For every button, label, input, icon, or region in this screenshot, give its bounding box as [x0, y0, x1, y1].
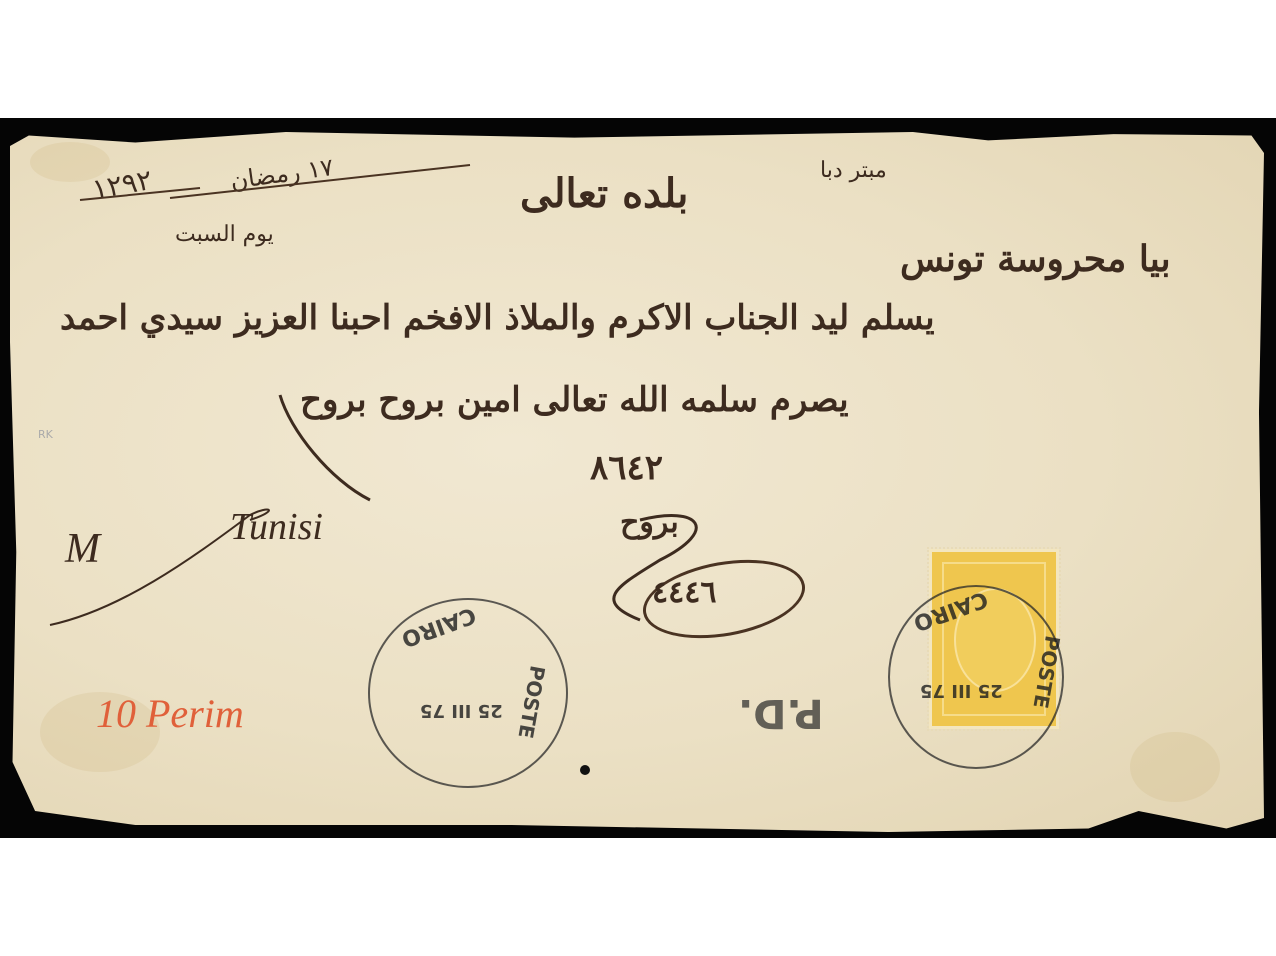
red-crayon-annotation: 10 Perim — [96, 690, 244, 737]
pencil-note: RK — [38, 428, 53, 441]
postmark-date: 25 III 75 — [420, 700, 503, 721]
postmark-date: 25 III 75 — [920, 680, 1003, 701]
latin-prefix: M — [65, 525, 100, 573]
ink-dot — [580, 765, 590, 775]
pd-handstamp: P.D. — [738, 690, 824, 736]
latin-destination: Tunisi — [230, 505, 323, 549]
ink-flourishes — [0, 0, 1276, 956]
circled-number: ٤٤٤٦ — [652, 575, 716, 610]
